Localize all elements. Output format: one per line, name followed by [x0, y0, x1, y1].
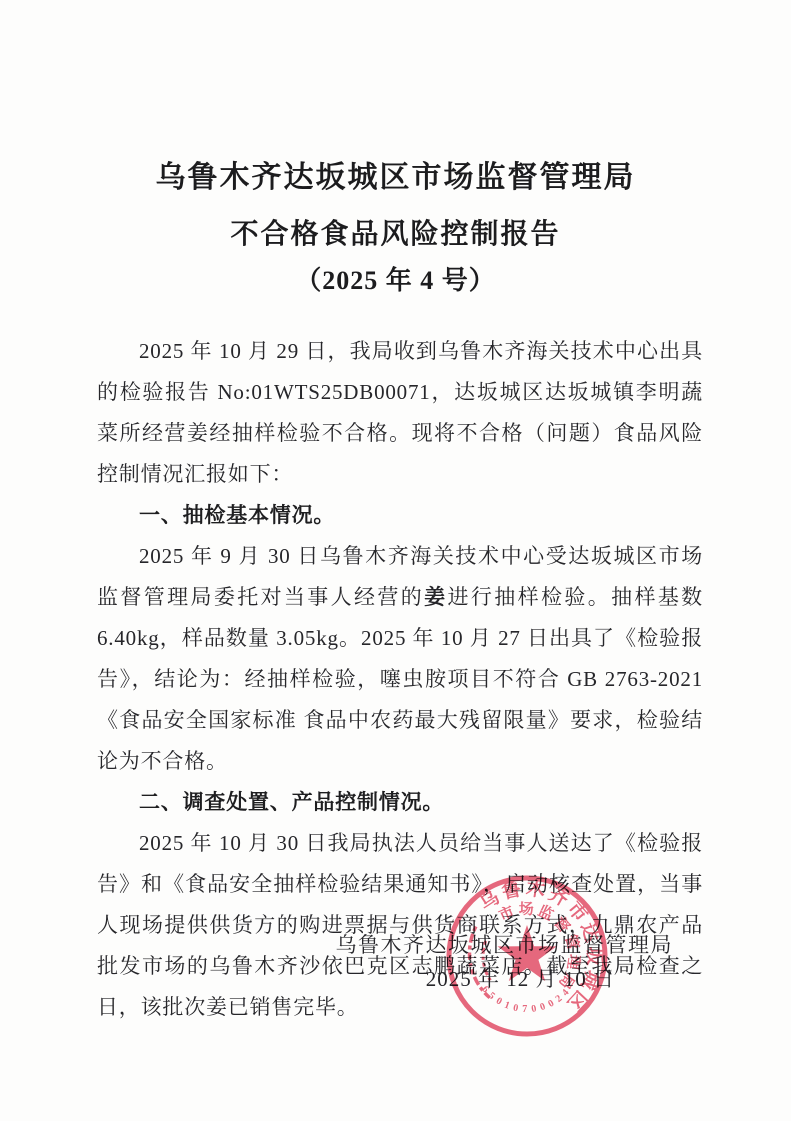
section-1-paragraph: 2025 年 9 月 30 日乌鲁木齐海关技术中心受达坂城区市场监督管理局委托对… [97, 536, 703, 782]
official-seal-stamp: 乌鲁木齐市达坂城区 市场监督管理局 65010700024 [442, 871, 612, 1041]
document-page: 乌鲁木齐达坂城区市场监督管理局 不合格食品风险控制报告 （2025 年 4 号）… [0, 0, 791, 1121]
star-icon [498, 925, 557, 981]
section-1-text-post: 进行抽样检验。抽样基数 6.40kg，样品数量 3.05kg。2025 年 10… [97, 585, 703, 773]
document-body: 2025 年 10 月 29 日，我局收到乌鲁木齐海关技术中心出具的检验报告 N… [97, 331, 703, 1028]
section-2-paragraph: 2025 年 10 月 30 日我局执法人员给当事人送达了《检验报告》和《食品安… [97, 823, 703, 1028]
section-2-heading: 二、调查处置、产品控制情况。 [97, 782, 703, 823]
doc-title-issue-number: （2025 年 4 号） [0, 260, 791, 297]
doc-title-report: 不合格食品风险控制报告 [0, 212, 791, 252]
section-1-heading: 一、抽检基本情况。 [97, 495, 703, 536]
paragraph-intro: 2025 年 10 月 29 日，我局收到乌鲁木齐海关技术中心出具的检验报告 N… [97, 331, 703, 495]
section-1-emphasis-product: 姜 [424, 585, 447, 609]
uyghur-script-decoration [483, 941, 491, 981]
doc-title-org: 乌鲁木齐达坂城区市场监督管理局 [0, 0, 791, 196]
